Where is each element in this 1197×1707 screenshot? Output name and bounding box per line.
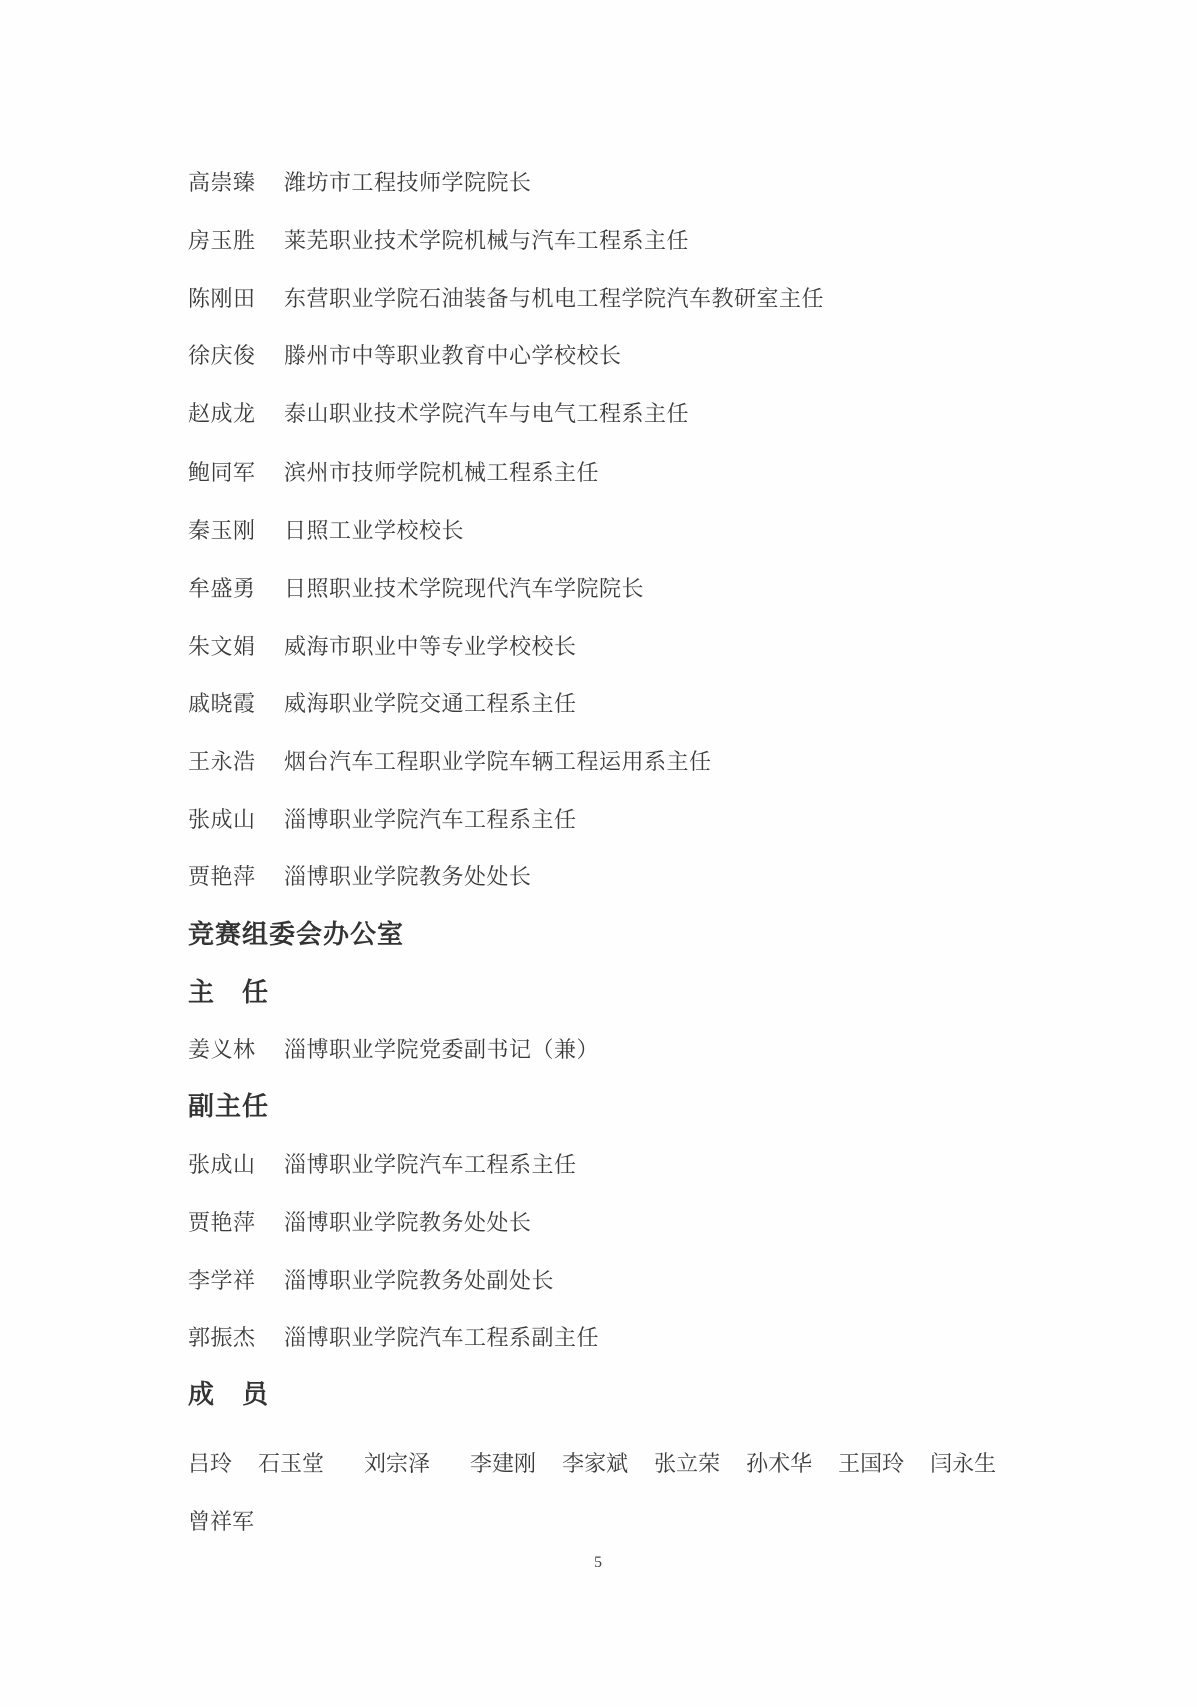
member-name: 石玉堂	[258, 1436, 324, 1494]
list-item: 张成山淄博职业学院汽车工程系主任	[188, 805, 577, 837]
person-title: 淄博职业学院汽车工程系副主任	[284, 1323, 599, 1355]
list-item: 戚晓霞威海职业学院交通工程系主任	[188, 689, 577, 721]
person-title: 淄博职业学院汽车工程系主任	[284, 805, 577, 837]
person-title: 日照职业技术学院现代汽车学院院长	[284, 574, 644, 606]
member-name: 吕玲	[188, 1436, 232, 1494]
person-title: 泰山职业技术学院汽车与电气工程系主任	[284, 399, 689, 431]
person-name: 张成山	[188, 1150, 284, 1182]
person-title: 东营职业学院石油装备与机电工程学院汽车教研室主任	[284, 284, 824, 316]
list-item: 张成山淄博职业学院汽车工程系主任	[188, 1150, 577, 1182]
person-title: 淄博职业学院党委副书记（兼）	[284, 1035, 599, 1067]
list-item: 贾艳萍淄博职业学院教务处处长	[188, 862, 532, 894]
section-heading-office: 竞赛组委会办公室	[188, 918, 404, 952]
person-name: 牟盛勇	[188, 574, 284, 606]
person-name: 姜义林	[188, 1035, 284, 1067]
list-item: 陈刚田东营职业学院石油装备与机电工程学院汽车教研室主任	[188, 284, 824, 316]
section-heading-director: 主 任	[188, 976, 269, 1010]
list-item: 秦玉刚日照工业学校校长	[188, 516, 464, 548]
list-item: 王永浩烟台汽车工程职业学院车辆工程运用系主任	[188, 747, 712, 779]
person-title: 淄博职业学院教务处处长	[284, 862, 532, 894]
person-name: 张成山	[188, 805, 284, 837]
members-list: 吕玲石玉堂刘宗泽李建刚李家斌张立荣孙术华王国玲闫永生曾祥军	[188, 1436, 1028, 1552]
person-title: 威海职业学院交通工程系主任	[284, 689, 577, 721]
document-page: 高崇臻潍坊市工程技师学院院长 房玉胜莱芜职业技术学院机械与汽车工程系主任 陈刚田…	[0, 0, 1197, 1707]
person-title: 淄博职业学院教务处处长	[284, 1208, 532, 1240]
person-title: 威海市职业中等专业学校校长	[284, 632, 577, 664]
member-name: 李建刚	[470, 1436, 536, 1494]
person-name: 贾艳萍	[188, 1208, 284, 1240]
list-item: 朱文娟威海市职业中等专业学校校长	[188, 632, 577, 664]
person-name: 陈刚田	[188, 284, 284, 316]
person-name: 王永浩	[188, 747, 284, 779]
person-name: 徐庆俊	[188, 341, 284, 373]
person-name: 房玉胜	[188, 226, 284, 258]
list-item: 徐庆俊滕州市中等职业教育中心学校校长	[188, 341, 622, 373]
person-title: 滨州市技师学院机械工程系主任	[284, 458, 599, 490]
person-title: 烟台汽车工程职业学院车辆工程运用系主任	[284, 747, 712, 779]
person-name: 高崇臻	[188, 168, 284, 200]
person-title: 日照工业学校校长	[284, 516, 464, 548]
person-name: 秦玉刚	[188, 516, 284, 548]
member-name: 张立荣	[654, 1436, 720, 1494]
member-name: 刘宗泽	[364, 1436, 430, 1494]
list-item: 房玉胜莱芜职业技术学院机械与汽车工程系主任	[188, 226, 689, 258]
page-number: 5	[594, 1554, 602, 1572]
person-title: 淄博职业学院汽车工程系主任	[284, 1150, 577, 1182]
member-name: 闫永生	[930, 1436, 996, 1494]
list-item: 赵成龙泰山职业技术学院汽车与电气工程系主任	[188, 399, 689, 431]
list-item: 鲍同军滨州市技师学院机械工程系主任	[188, 458, 599, 490]
list-item: 李学祥淄博职业学院教务处副处长	[188, 1266, 554, 1298]
person-name: 李学祥	[188, 1266, 284, 1298]
person-title: 滕州市中等职业教育中心学校校长	[284, 341, 622, 373]
member-name: 李家斌	[562, 1436, 628, 1494]
section-heading-members: 成 员	[188, 1378, 269, 1412]
member-name: 王国玲	[838, 1436, 904, 1494]
person-name: 戚晓霞	[188, 689, 284, 721]
person-title: 淄博职业学院教务处副处长	[284, 1266, 554, 1298]
list-item: 贾艳萍淄博职业学院教务处处长	[188, 1208, 532, 1240]
section-heading-deputy: 副主任	[188, 1090, 269, 1124]
member-name: 孙术华	[746, 1436, 812, 1494]
person-name: 鲍同军	[188, 458, 284, 490]
person-name: 郭振杰	[188, 1323, 284, 1355]
person-name: 朱文娟	[188, 632, 284, 664]
person-title: 莱芜职业技术学院机械与汽车工程系主任	[284, 226, 689, 258]
member-name: 曾祥军	[188, 1494, 254, 1552]
person-name: 贾艳萍	[188, 862, 284, 894]
list-item: 郭振杰淄博职业学院汽车工程系副主任	[188, 1323, 599, 1355]
list-item: 高崇臻潍坊市工程技师学院院长	[188, 168, 532, 200]
person-name: 赵成龙	[188, 399, 284, 431]
list-item: 姜义林淄博职业学院党委副书记（兼）	[188, 1035, 599, 1067]
person-title: 潍坊市工程技师学院院长	[284, 168, 532, 200]
list-item: 牟盛勇日照职业技术学院现代汽车学院院长	[188, 574, 644, 606]
